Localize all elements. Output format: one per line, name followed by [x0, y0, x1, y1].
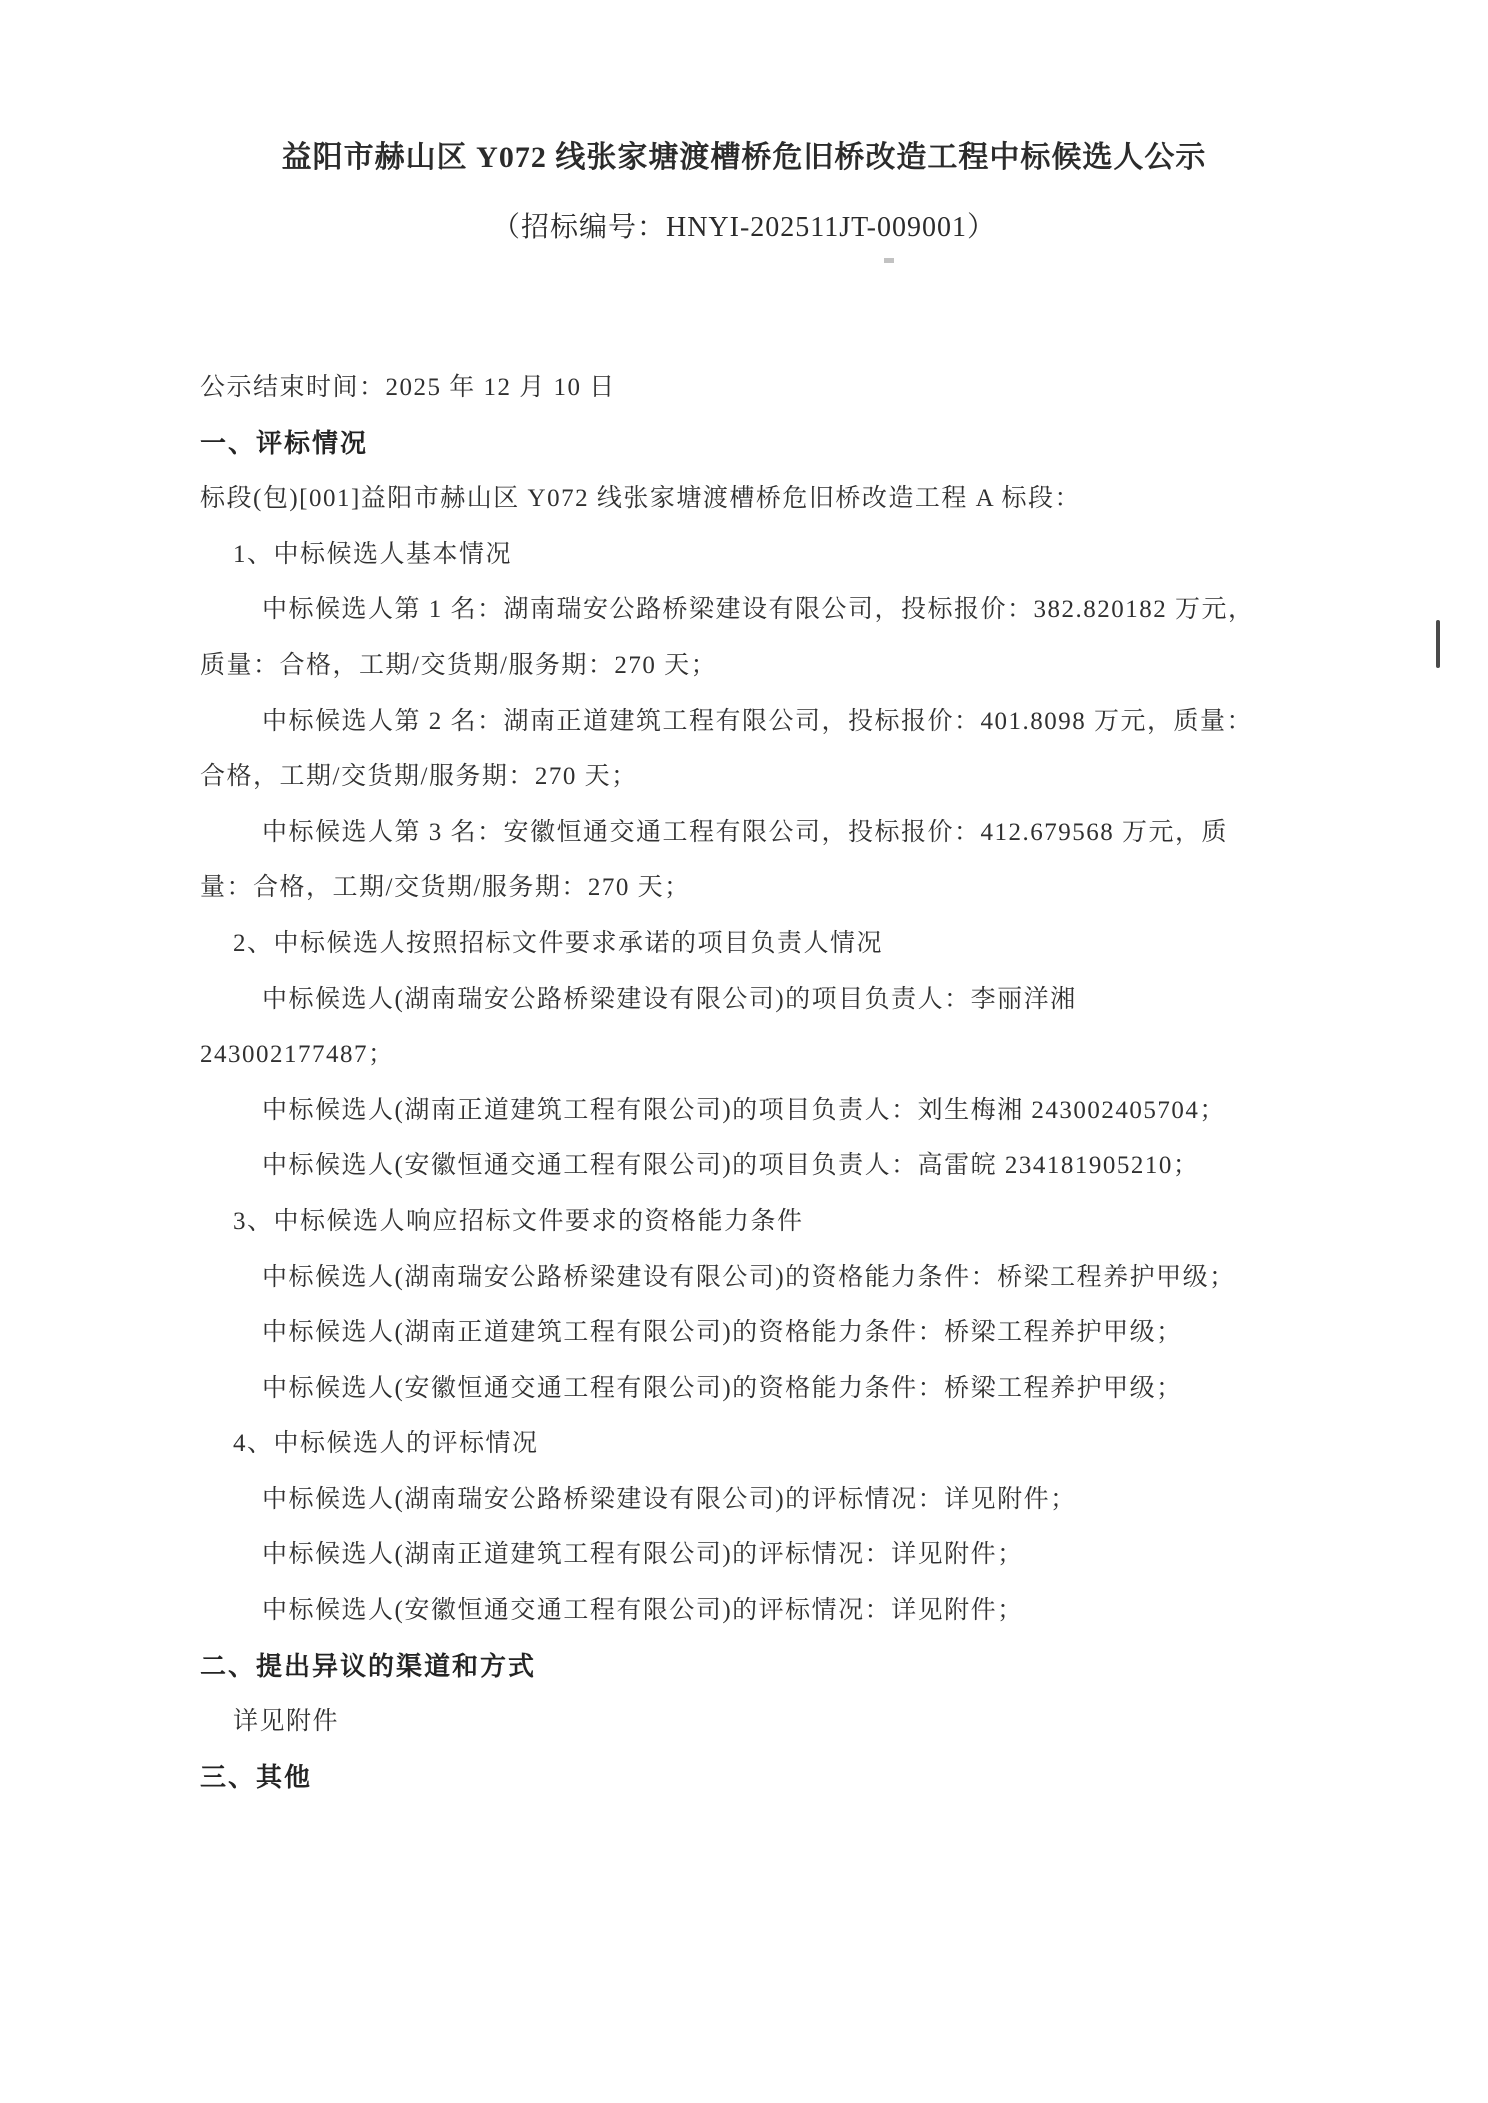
pm1-line2: 243002177487； [200, 1027, 1378, 1083]
item-heading-qualifications: 3、中标候选人响应招标文件要求的资格能力条件 [200, 1194, 1378, 1250]
document-page: 益阳市赫山区 Y072 线张家塘渡槽桥危旧桥改造工程中标候选人公示 （招标编号：… [0, 0, 1488, 2103]
pm1-line1: 中标候选人(湖南瑞安公路桥梁建设有限公司)的项目负责人：李丽洋湘 [200, 972, 1378, 1028]
section-heading-objection: 二、提出异议的渠道和方式 [200, 1639, 1378, 1695]
evaluation3-line: 中标候选人(安徽恒通交通工程有限公司)的评标情况：详见附件； [200, 1583, 1378, 1639]
pm3-line: 中标候选人(安徽恒通交通工程有限公司)的项目负责人：高雷皖 2341819052… [200, 1138, 1378, 1194]
lot-line: 标段(包)[001]益阳市赫山区 Y072 线张家塘渡槽桥危旧桥改造工程 A 标… [200, 471, 1378, 527]
qualification1-line: 中标候选人(湖南瑞安公路桥梁建设有限公司)的资格能力条件：桥梁工程养护甲级； [200, 1250, 1378, 1306]
bid-number: （招标编号：HNYI-202511JT-009001） [0, 208, 1488, 248]
publicity-end-time: 公示结束时间：2025 年 12 月 10 日 [200, 360, 1378, 416]
section-heading-other: 三、其他 [200, 1750, 1378, 1806]
candidate3-line2: 量：合格，工期/交货期/服务期：270 天； [200, 860, 1378, 916]
doc-body: 公示结束时间：2025 年 12 月 10 日 一、评标情况 标段(包)[001… [200, 360, 1378, 1805]
item-heading-project-managers: 2、中标候选人按照招标文件要求承诺的项目负责人情况 [200, 916, 1378, 972]
qualification2-line: 中标候选人(湖南正道建筑工程有限公司)的资格能力条件：桥梁工程养护甲级； [200, 1305, 1378, 1361]
item-heading-basic-info: 1、中标候选人基本情况 [200, 527, 1378, 583]
candidate3-line1: 中标候选人第 3 名：安徽恒通交通工程有限公司，投标报价：412.679568 … [200, 805, 1378, 861]
candidate1-line1: 中标候选人第 1 名：湖南瑞安公路桥梁建设有限公司，投标报价：382.82018… [200, 582, 1378, 638]
objection-body: 详见附件 [200, 1694, 1378, 1750]
item-heading-evaluation-results: 4、中标候选人的评标情况 [200, 1416, 1378, 1472]
candidate2-line2: 合格，工期/交货期/服务期：270 天； [200, 749, 1378, 805]
candidate1-line2: 质量：合格，工期/交货期/服务期：270 天； [200, 638, 1378, 694]
evaluation1-line: 中标候选人(湖南瑞安公路桥梁建设有限公司)的评标情况：详见附件； [200, 1472, 1378, 1528]
qualification3-line: 中标候选人(安徽恒通交通工程有限公司)的资格能力条件：桥梁工程养护甲级； [200, 1361, 1378, 1417]
candidate2-line1: 中标候选人第 2 名：湖南正道建筑工程有限公司，投标报价：401.8098 万元… [200, 694, 1378, 750]
evaluation2-line: 中标候选人(湖南正道建筑工程有限公司)的评标情况：详见附件； [200, 1527, 1378, 1583]
scan-artifact-dot [884, 258, 894, 263]
section-heading-evaluation: 一、评标情况 [200, 416, 1378, 472]
doc-title: 益阳市赫山区 Y072 线张家塘渡槽桥危旧桥改造工程中标候选人公示 [0, 0, 1488, 178]
pm2-line: 中标候选人(湖南正道建筑工程有限公司)的项目负责人：刘生梅湘 243002405… [200, 1083, 1378, 1139]
scan-artifact-line [1436, 620, 1440, 668]
